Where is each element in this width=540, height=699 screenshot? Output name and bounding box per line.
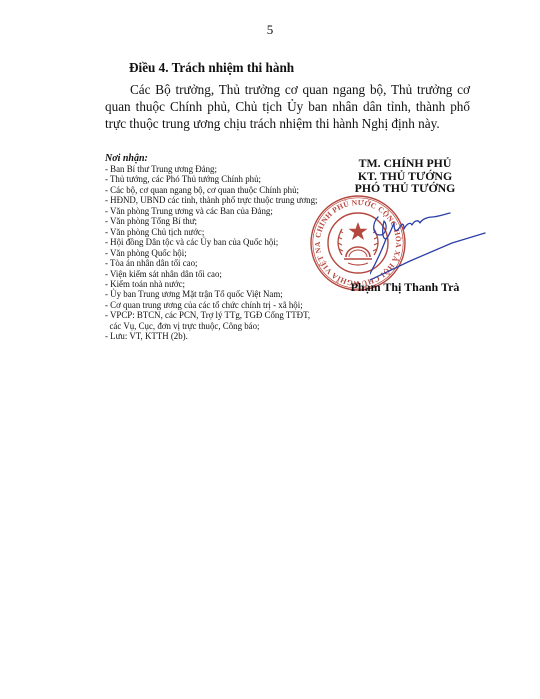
recipient-item: - Thủ tướng, các Phó Thủ tướng Chính phủ… — [105, 174, 345, 184]
signer-block: TM. CHÍNH PHỦ KT. THỦ TƯỚNG PHÓ THỦ TƯỚN… — [330, 157, 480, 195]
recipient-item: các Vụ, Cục, đơn vị trực thuộc, Công báo… — [105, 321, 345, 331]
recipient-item: - Lưu: VT, KTTH (2b). — [105, 331, 345, 341]
signer-name: Phạm Thị Thanh Trà — [330, 280, 480, 295]
article-body: Các Bộ trưởng, Thủ trưởng cơ quan ngang … — [105, 81, 470, 132]
signer-authority: TM. CHÍNH PHỦ — [330, 157, 480, 170]
signature-icon — [370, 205, 490, 285]
recipient-item: - Cơ quan trung ương của các tổ chức chí… — [105, 300, 345, 310]
recipient-item: - Ban Bí thư Trung ương Đảng; — [105, 164, 345, 174]
recipient-item: - VPCP: BTCN, các PCN, Trợ lý TTg, TGĐ C… — [105, 310, 345, 320]
recipients-title: Nơi nhận: — [105, 153, 345, 164]
page-number: 5 — [0, 22, 540, 38]
article-heading: Điều 4. Trách nhiệm thi hành — [129, 60, 294, 76]
